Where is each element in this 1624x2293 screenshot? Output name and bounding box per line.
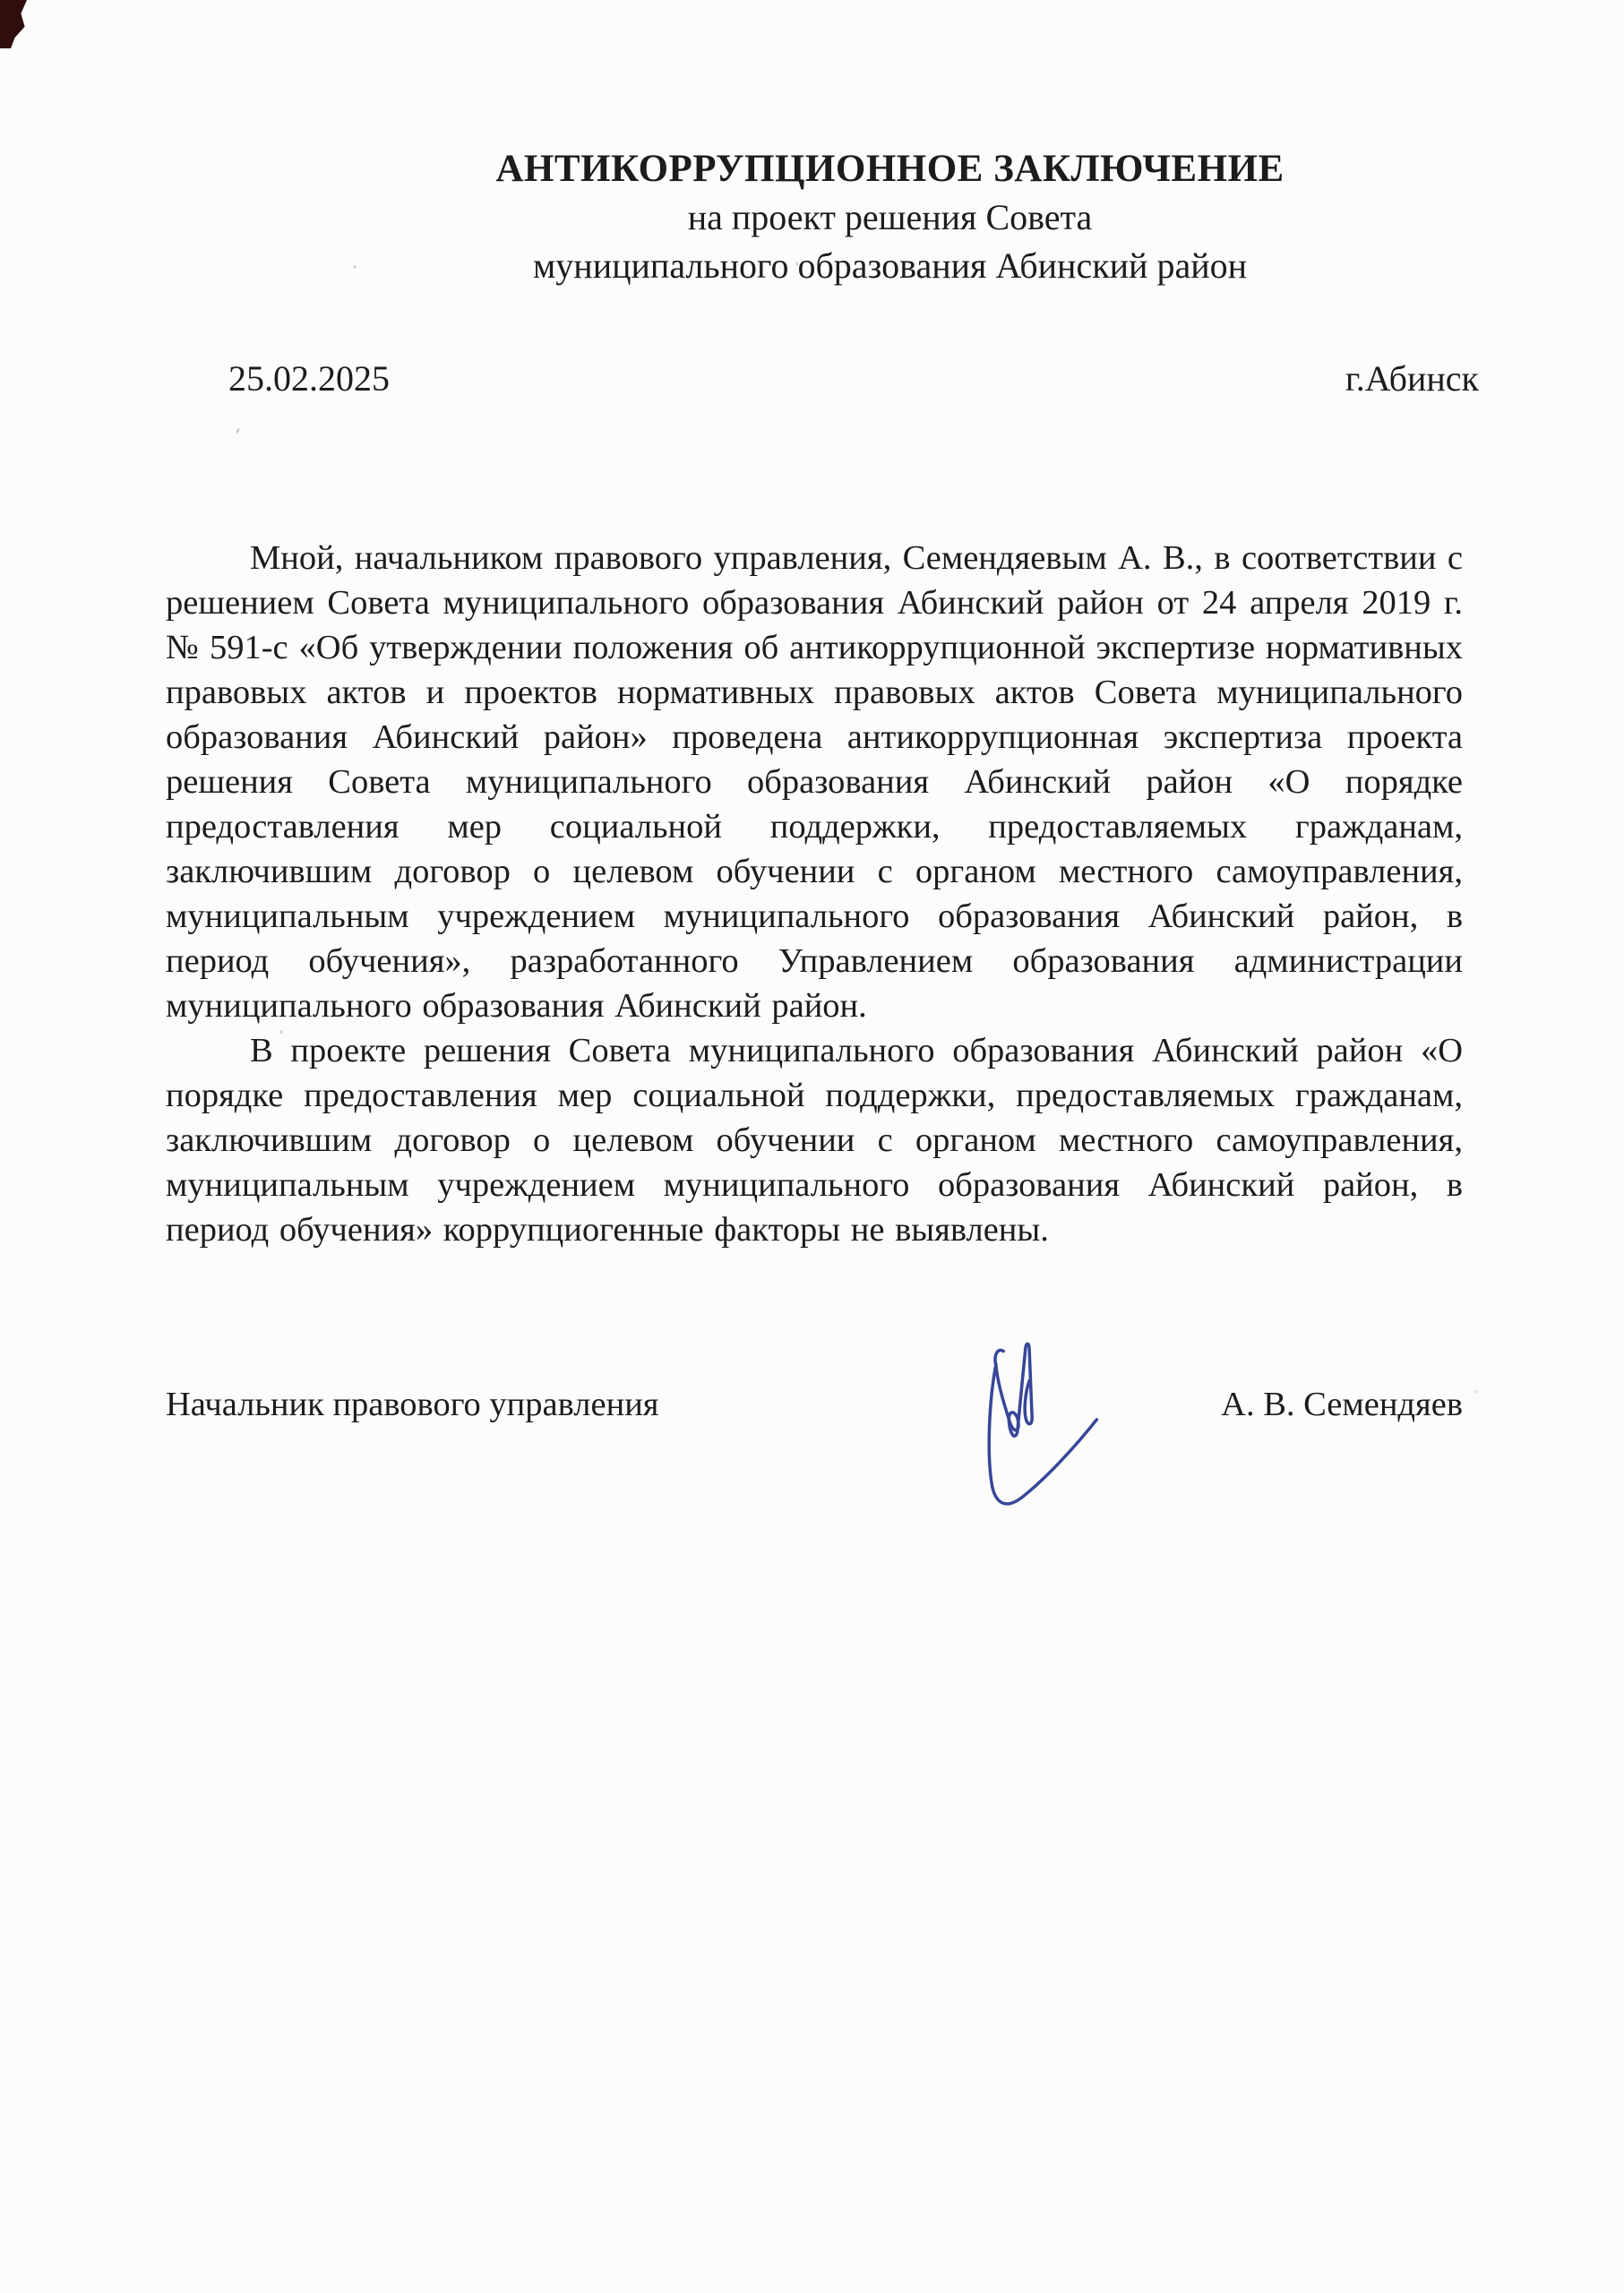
signer-position-title: Начальник правового управления bbox=[166, 1383, 659, 1426]
date-place-row: 25.02.2025 г.Абинск bbox=[228, 358, 1479, 399]
document-date: 25.02.2025 bbox=[228, 358, 390, 399]
scan-speck bbox=[236, 428, 240, 434]
document-title: АНТИКОРРУПЦИОННОЕ ЗАКЛЮЧЕНИЕ bbox=[320, 145, 1460, 193]
document-page: АНТИКОРРУПЦИОННОЕ ЗАКЛЮЧЕНИЕ на проект р… bbox=[0, 0, 1624, 2293]
signer-name: А. В. Семендяев bbox=[1221, 1383, 1463, 1426]
document-subtitle-line1: на проект решения Совета bbox=[320, 193, 1460, 242]
scan-corner-artifact bbox=[0, 0, 27, 48]
scan-speck bbox=[1474, 1390, 1478, 1394]
signature-row: Начальник правового управления А. В. Сем… bbox=[166, 1383, 1463, 1426]
document-body: Мной, начальником правового управления, … bbox=[166, 536, 1463, 1252]
paragraph-2: В проекте решения Совета муниципального … bbox=[166, 1028, 1463, 1252]
paragraph-1: Мной, начальником правового управления, … bbox=[166, 536, 1463, 1028]
document-place: г.Абинск bbox=[1345, 358, 1479, 399]
document-subtitle-line2: муниципального образования Абинский райо… bbox=[320, 242, 1460, 290]
document-title-block: АНТИКОРРУПЦИОННОЕ ЗАКЛЮЧЕНИЕ на проект р… bbox=[166, 145, 1460, 290]
handwritten-signature bbox=[979, 1336, 1104, 1512]
